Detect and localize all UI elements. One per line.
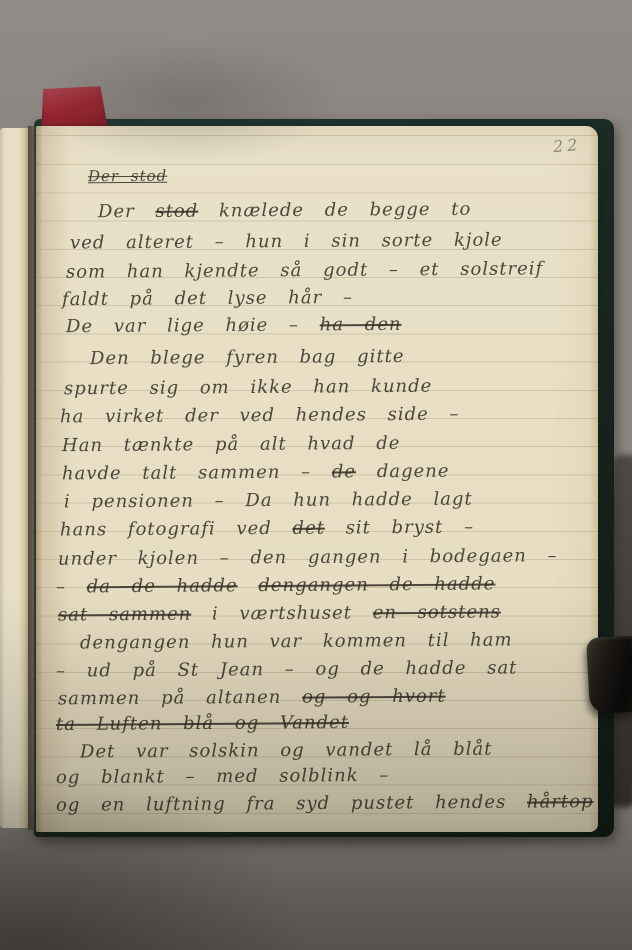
manuscript-line: Der stod knælede de begge to (98, 201, 471, 222)
manuscript-word-segment: Det var solskin og vandet lå blåt (80, 739, 493, 763)
left-page-stack (0, 128, 30, 828)
manuscript-line: faldt på det lyse hår – (62, 289, 353, 309)
manuscript-word-segment: hans fotografi ved (60, 518, 293, 541)
manuscript-line: Han tænkte på alt hvad de (62, 435, 400, 455)
manuscript-word-segment: knælede de begge to (198, 199, 471, 222)
struck-text: stod (155, 201, 198, 222)
struck-text: det (292, 518, 325, 539)
manuscript-line: under kjolen – den gangen i bodegaen – (58, 547, 558, 568)
manuscript-line: sat sammen i værtshuset en sotstens (58, 603, 501, 624)
manuscript-word-segment: under kjolen – den gangen i bodegaen – (58, 545, 558, 569)
manuscript-word-segment: Der (98, 201, 156, 222)
struck-text: sat sammen (58, 604, 191, 626)
manuscript-word-segment: – (56, 576, 87, 597)
struck-text: og og hvort (302, 686, 446, 708)
manuscript-line: i pensionen – Da hun hadde lagt (64, 491, 473, 512)
page-number: 22 (552, 135, 582, 156)
manuscript-word-segment (238, 575, 259, 596)
struck-text: ha den (320, 314, 402, 336)
manuscript-line: sammen på altanen og og hvort (58, 688, 446, 709)
manuscript-word-segment: havde talt sammen – (62, 461, 332, 484)
leather-strap (586, 636, 632, 714)
manuscript-line: Den blege fyren bag gitte (90, 348, 405, 368)
manuscript-line: ha virket der ved hendes side – (60, 406, 460, 427)
manuscript-word-segment: spurte sig om ikke han kunde (64, 376, 432, 400)
notebook-page: 22 Der stodDer stod knælede de begge tov… (36, 126, 598, 832)
struck-text: ta Luften blå og Vandet (56, 712, 349, 735)
manuscript-word-segment: sit bryst – (325, 517, 474, 539)
struck-text: de (332, 461, 356, 482)
manuscript-word-segment: dengangen hun var kommen til ham (80, 629, 513, 653)
manuscript-word-segment: i pensionen – Da hun hadde lagt (64, 489, 473, 513)
struck-text: en sotstens (373, 601, 501, 623)
manuscript-word-segment: Han tænkte på alt hvad de (62, 433, 400, 456)
manuscript-word-segment: og blankt – med solblink – (56, 765, 389, 788)
struck-text: dengangen de hadde (258, 573, 495, 596)
manuscript-line: – da de hadde dengangen de hadde (56, 575, 496, 596)
manuscript-word-segment: De var lige høie – (66, 314, 320, 337)
manuscript-line: havde talt sammen – de dagene (62, 463, 450, 484)
struck-text: hårtop (527, 791, 594, 812)
manuscript-word-segment: – ud på St Jean – og de hadde sat (56, 657, 518, 681)
manuscript-line: ta Luften blå og Vandet (56, 714, 349, 734)
manuscript-line: Der stod (88, 169, 167, 185)
manuscript-line: Det var solskin og vandet lå blåt (80, 741, 493, 762)
manuscript-word-segment: faldt på det lyse hår – (62, 287, 353, 310)
photo-background: 22 Der stodDer stod knælede de begge tov… (0, 0, 632, 950)
manuscript-line: hans fotografi ved det sit bryst – (60, 519, 474, 540)
manuscript-word-segment: dagene (356, 461, 450, 483)
manuscript-line: De var lige høie – ha den (66, 316, 402, 336)
manuscript-line: og blankt – med solblink – (56, 767, 389, 787)
manuscript-line: ved alteret – hun i sin sorte kjole (70, 231, 503, 252)
manuscript-word-segment: i værtshuset (191, 602, 373, 624)
manuscript-word-segment: Den blege fyren bag gitte (90, 346, 405, 369)
struck-text: da de hadde (87, 575, 238, 597)
manuscript-word-segment: ha virket der ved hendes side – (60, 404, 460, 428)
manuscript-line: dengangen hun var kommen til ham (80, 631, 513, 652)
manuscript-word-segment: som han kjendte så godt – et solstreif (66, 258, 543, 282)
manuscript-word-segment: og en luftning fra syd pustet hendes (56, 792, 527, 816)
manuscript-line: og en luftning fra syd pustet hendes hår… (56, 793, 594, 815)
struck-text: Der stod (88, 167, 167, 186)
manuscript-line: spurte sig om ikke han kunde (64, 378, 432, 399)
manuscript-word-segment: ved alteret – hun i sin sorte kjole (70, 229, 503, 253)
manuscript-line: som han kjendte så godt – et solstreif (66, 260, 543, 281)
manuscript-word-segment: sammen på altanen (58, 687, 302, 710)
manuscript-line: – ud på St Jean – og de hadde sat (56, 659, 518, 680)
